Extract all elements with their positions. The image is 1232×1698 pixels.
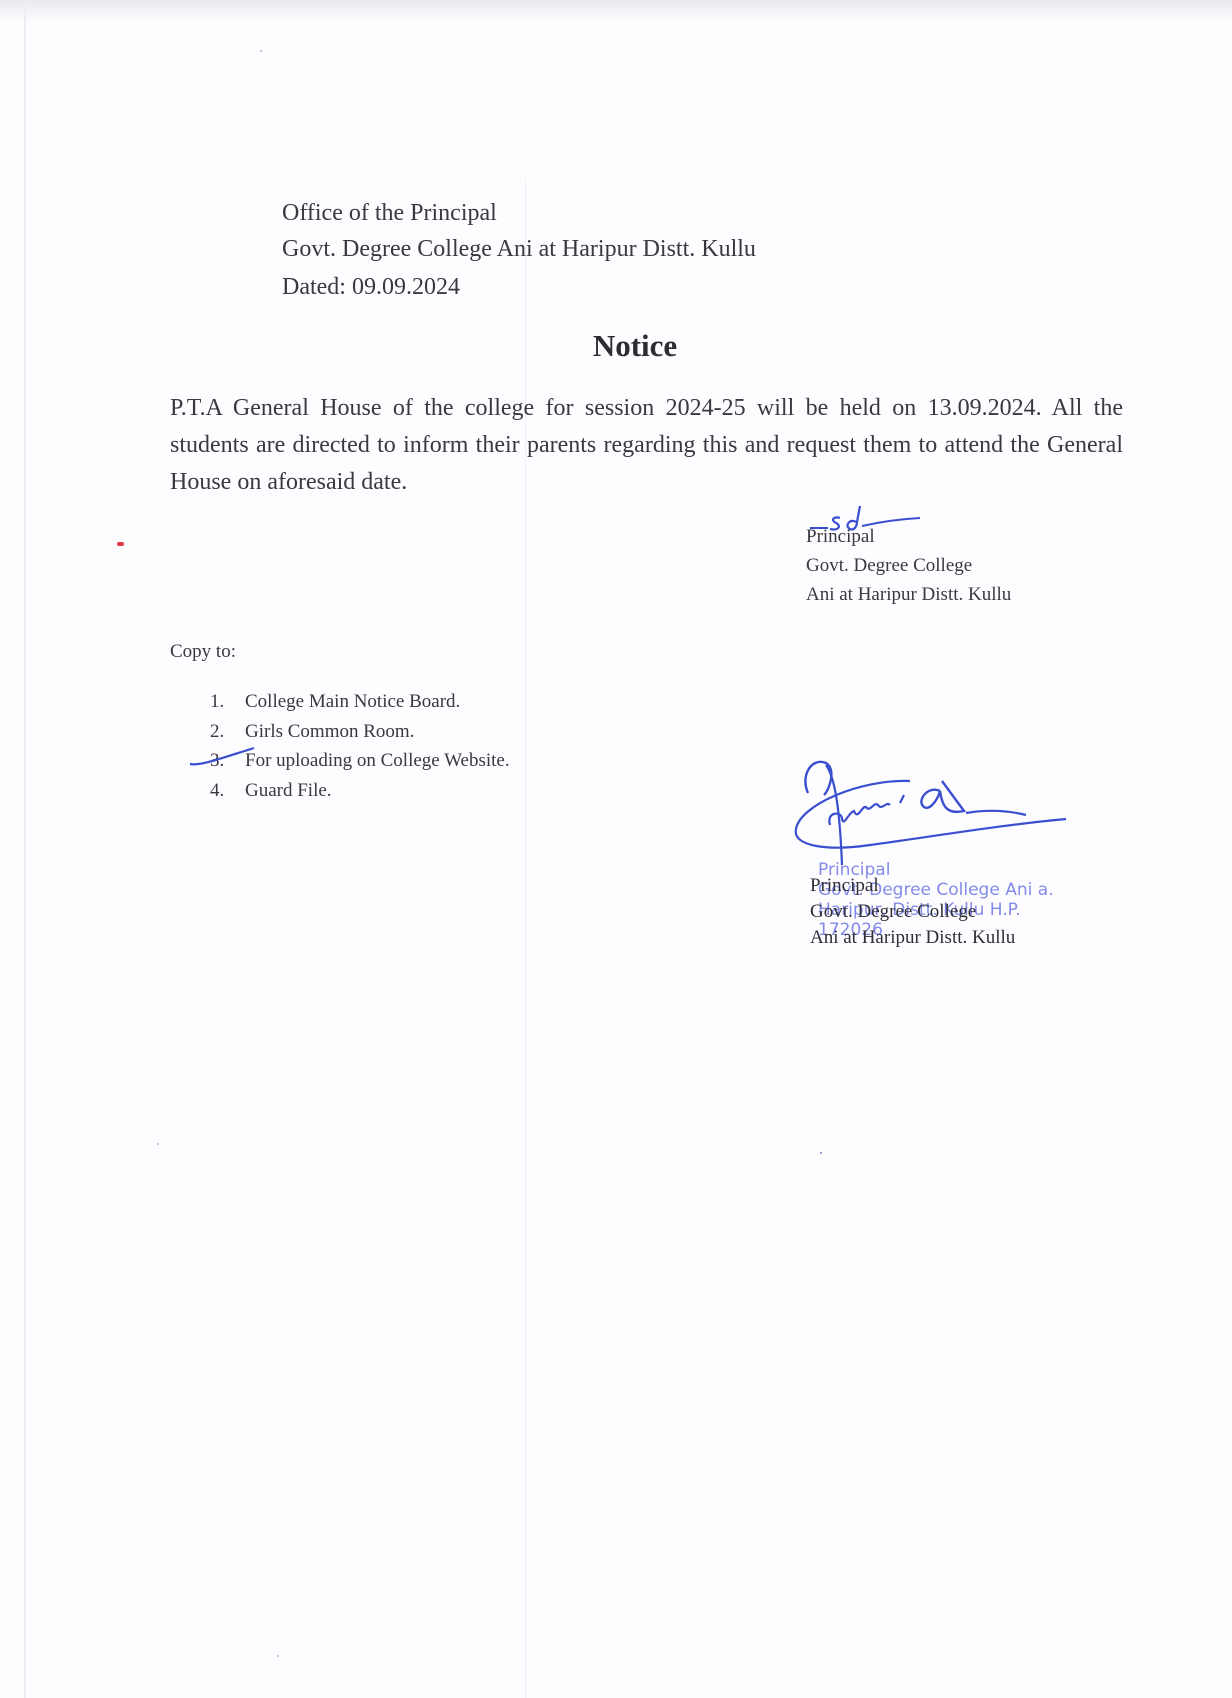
college-name: Govt. Degree College [806,551,972,580]
dust-speck [277,1655,279,1657]
college-name: Govt. Degree College [810,899,976,925]
college-line: Govt. Degree College Ani at Haripur Dist… [282,231,756,267]
designation: Principal [810,873,879,899]
notice-body: P.T.A General House of the college for s… [170,390,1123,501]
dust-speck [820,1152,822,1154]
tick-mark-icon [188,744,258,768]
list-item: 4. Guard File. [210,776,510,806]
notice-title: Notice [0,328,1232,364]
dust-speck [157,1143,159,1145]
handwritten-signature-icon [790,755,1070,875]
list-item: 1. College Main Notice Board. [210,687,510,717]
scan-edge-left [24,0,26,1698]
ink-speck [117,542,124,546]
office-line: Office of the Principal [282,195,497,231]
designation: Principal [806,522,875,551]
college-location: Ani at Haripur Distt. Kullu [810,925,1015,951]
copy-to-label: Copy to: [170,641,236,663]
scan-edge-top [0,0,1232,22]
list-item: 2. Girls Common Room. [210,717,510,747]
college-location: Ani at Haripur Distt. Kullu [806,580,1011,609]
date-line: Dated: 09.09.2024 [282,269,460,305]
dust-speck [260,50,262,52]
